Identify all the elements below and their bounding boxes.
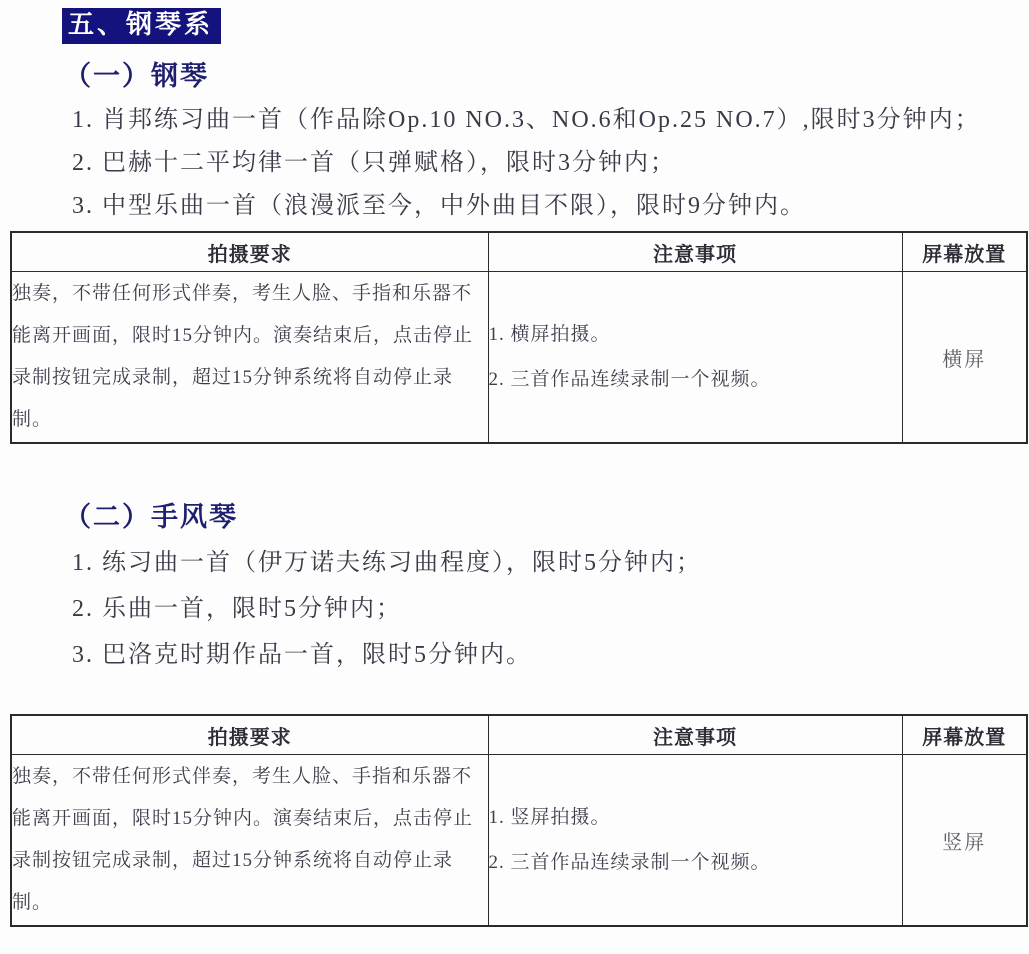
list-item: 2. 巴赫十二平均律一首（只弹赋格），限时3分钟内；	[0, 142, 1029, 185]
notes-lines: 1. 竖屏拍摄。 2. 三首作品连续录制一个视频。	[489, 795, 902, 885]
piano-requirement-list: 1. 肖邦练习曲一首（作品除Op.10 NO.3、NO.6和Op.25 NO.7…	[0, 99, 1029, 228]
column-header-shooting-requirements: 拍摄要求	[11, 715, 488, 755]
shooting-requirements-cell: 独奏，不带任何形式伴奏，考生人脸、手指和乐器不能离开画面，限时15分钟内。演奏结…	[11, 755, 488, 927]
note-line: 2. 三首作品连续录制一个视频。	[489, 840, 902, 885]
accordion-spec-table: 拍摄要求 注意事项 屏幕放置 独奏，不带任何形式伴奏，考生人脸、手指和乐器不能离…	[10, 714, 1028, 927]
list-item: 1. 肖邦练习曲一首（作品除Op.10 NO.3、NO.6和Op.25 NO.7…	[0, 99, 1029, 142]
column-header-shooting-requirements: 拍摄要求	[11, 232, 488, 272]
table-row: 独奏，不带任何形式伴奏，考生人脸、手指和乐器不能离开画面，限时15分钟内。演奏结…	[11, 755, 1027, 927]
table-header-row: 拍摄要求 注意事项 屏幕放置	[11, 715, 1027, 755]
document-title: 五、钢琴系	[62, 8, 221, 44]
document-page: 五、钢琴系 （一）钢琴 1. 肖邦练习曲一首（作品除Op.10 NO.3、NO.…	[0, 0, 1029, 927]
table-header-row: 拍摄要求 注意事项 屏幕放置	[11, 232, 1027, 272]
screen-placement-cell: 横屏	[902, 272, 1027, 444]
column-header-screen-placement: 屏幕放置	[902, 232, 1027, 272]
notes-cell: 1. 横屏拍摄。 2. 三首作品连续录制一个视频。	[488, 272, 902, 444]
column-header-screen-placement: 屏幕放置	[902, 715, 1027, 755]
section-heading-accordion: （二）手风琴	[64, 499, 1029, 535]
list-item: 1. 练习曲一首（伊万诺夫练习曲程度），限时5分钟内；	[0, 540, 1029, 586]
column-header-notes: 注意事项	[488, 232, 902, 272]
section-heading-piano: （一）钢琴	[64, 58, 1029, 94]
accordion-requirement-list: 1. 练习曲一首（伊万诺夫练习曲程度），限时5分钟内； 2. 乐曲一首，限时5分…	[0, 540, 1029, 678]
note-line: 1. 横屏拍摄。	[489, 312, 902, 357]
column-header-notes: 注意事项	[488, 715, 902, 755]
notes-lines: 1. 横屏拍摄。 2. 三首作品连续录制一个视频。	[489, 312, 902, 402]
screen-placement-cell: 竖屏	[902, 755, 1027, 927]
notes-cell: 1. 竖屏拍摄。 2. 三首作品连续录制一个视频。	[488, 755, 902, 927]
note-line: 2. 三首作品连续录制一个视频。	[489, 357, 902, 402]
table-row: 独奏，不带任何形式伴奏，考生人脸、手指和乐器不能离开画面，限时15分钟内。演奏结…	[11, 272, 1027, 444]
shooting-requirements-cell: 独奏，不带任何形式伴奏，考生人脸、手指和乐器不能离开画面，限时15分钟内。演奏结…	[11, 272, 488, 444]
list-item: 3. 中型乐曲一首（浪漫派至今，中外曲目不限），限时9分钟内。	[0, 185, 1029, 228]
note-line: 1. 竖屏拍摄。	[489, 795, 902, 840]
list-item: 3. 巴洛克时期作品一首，限时5分钟内。	[0, 632, 1029, 678]
list-item: 2. 乐曲一首，限时5分钟内；	[0, 586, 1029, 632]
piano-spec-table: 拍摄要求 注意事项 屏幕放置 独奏，不带任何形式伴奏，考生人脸、手指和乐器不能离…	[10, 231, 1028, 444]
